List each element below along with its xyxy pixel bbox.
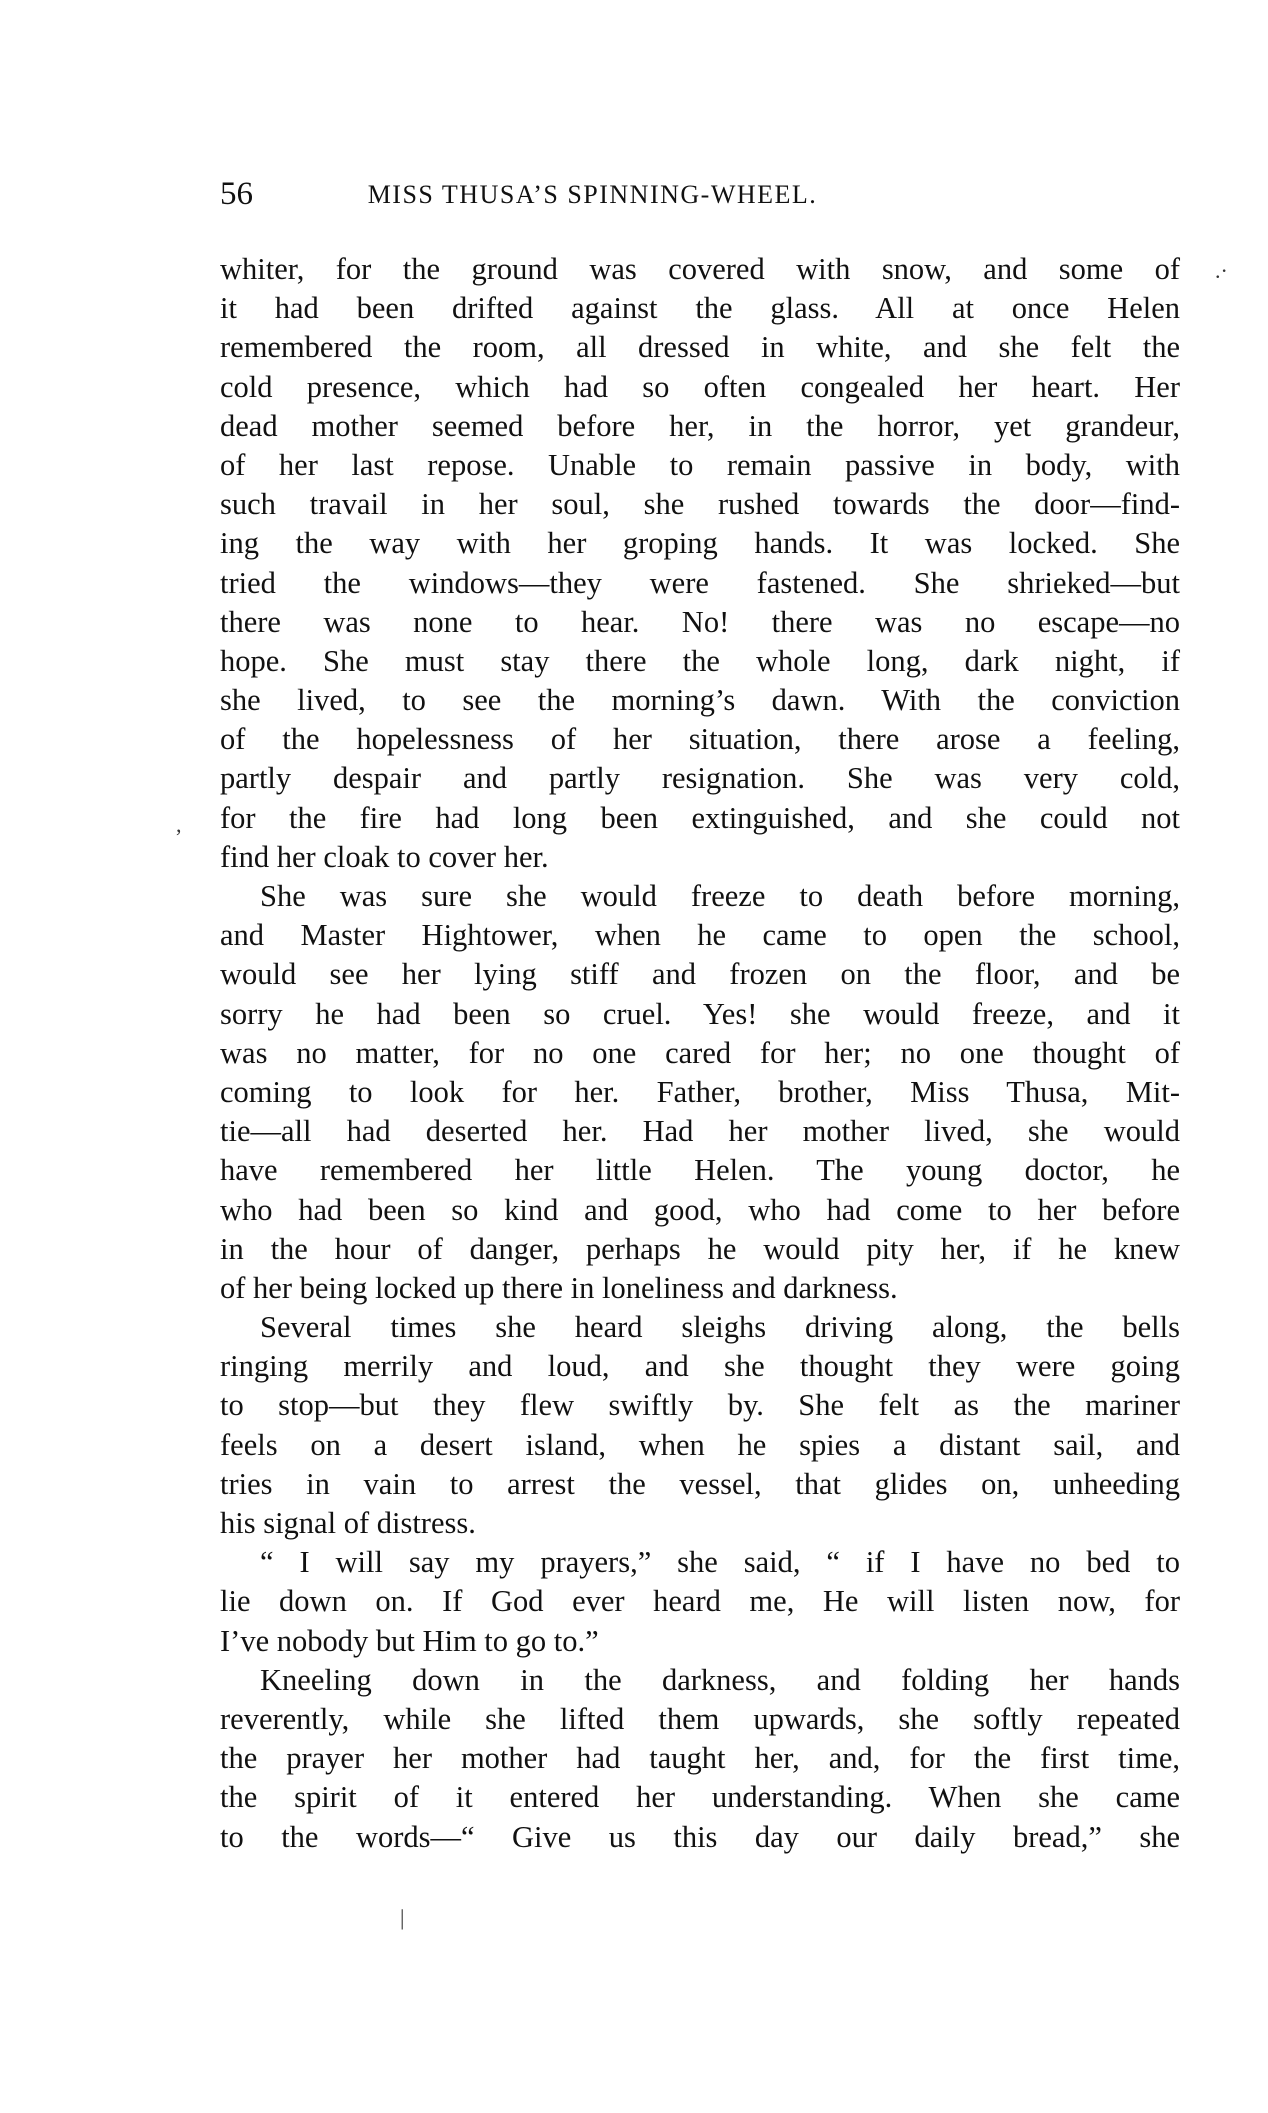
text-line: to the words—“ Give us this day our dail… bbox=[220, 1818, 1180, 1857]
text-line: it had been drifted against the glass. A… bbox=[220, 289, 1180, 328]
text-line: would see her lying stiff and frozen on … bbox=[220, 955, 1180, 994]
text-line: I’ve nobody but Him to go to.” bbox=[220, 1622, 1180, 1661]
text-line: of her being locked up there in loneline… bbox=[220, 1269, 1180, 1308]
text-line: she lived, to see the morning’s dawn. Wi… bbox=[220, 681, 1180, 720]
text-line: reverently, while she lifted them upward… bbox=[220, 1700, 1180, 1739]
text-line: tries in vain to arrest the vessel, that… bbox=[220, 1465, 1180, 1504]
text-line: partly despair and partly resignation. S… bbox=[220, 759, 1180, 798]
text-line: there was none to hear. No! there was no… bbox=[220, 603, 1180, 642]
margin-mark: , bbox=[176, 812, 182, 838]
text-line: to stop—but they flew swiftly by. She fe… bbox=[220, 1386, 1180, 1425]
text-line: tried the windows—they were fastened. Sh… bbox=[220, 564, 1180, 603]
text-line: hope. She must stay there the whole long… bbox=[220, 642, 1180, 681]
running-title: MISS THUSA’S SPINNING-WHEEL. bbox=[220, 180, 965, 210]
text-line: cold presence, which had so often congea… bbox=[220, 368, 1180, 407]
text-line: in the hour of danger, perhaps he would … bbox=[220, 1230, 1180, 1269]
margin-mark: .· bbox=[1215, 258, 1228, 284]
text-line: the spirit of it entered her understandi… bbox=[220, 1778, 1180, 1817]
text-line: whiter, for the ground was covered with … bbox=[220, 250, 1180, 289]
book-page: 56 MISS THUSA’S SPINNING-WHEEL. whiter, … bbox=[0, 0, 1268, 2113]
text-line: the prayer her mother had taught her, an… bbox=[220, 1739, 1180, 1778]
text-line: “ I will say my prayers,” she said, “ if… bbox=[220, 1543, 1180, 1582]
body-text: whiter, for the ground was covered with … bbox=[220, 250, 1180, 1857]
text-line: lie down on. If God ever heard me, He wi… bbox=[220, 1582, 1180, 1621]
text-line: sorry he had been so cruel. Yes! she wou… bbox=[220, 995, 1180, 1034]
text-line: remembered the room, all dressed in whit… bbox=[220, 328, 1180, 367]
text-line: his signal of distress. bbox=[220, 1504, 1180, 1543]
text-line: Several times she heard sleighs driving … bbox=[220, 1308, 1180, 1347]
text-line: ing the way with her groping hands. It w… bbox=[220, 524, 1180, 563]
text-line: find her cloak to cover her. bbox=[220, 838, 1180, 877]
text-line: tie—all had deserted her. Had her mother… bbox=[220, 1112, 1180, 1151]
page-header: 56 MISS THUSA’S SPINNING-WHEEL. bbox=[220, 176, 965, 220]
text-line: of the hopelessness of her situation, th… bbox=[220, 720, 1180, 759]
text-line: feels on a desert island, when he spies … bbox=[220, 1426, 1180, 1465]
text-line: Kneeling down in the darkness, and foldi… bbox=[220, 1661, 1180, 1700]
text-line: coming to look for her. Father, brother,… bbox=[220, 1073, 1180, 1112]
text-line: who had been so kind and good, who had c… bbox=[220, 1191, 1180, 1230]
margin-mark: | bbox=[400, 1905, 404, 1931]
text-line: dead mother seemed before her, in the ho… bbox=[220, 407, 1180, 446]
text-line: such travail in her soul, she rushed tow… bbox=[220, 485, 1180, 524]
text-line: She was sure she would freeze to death b… bbox=[220, 877, 1180, 916]
text-line: ringing merrily and loud, and she though… bbox=[220, 1347, 1180, 1386]
text-line: and Master Hightower, when he came to op… bbox=[220, 916, 1180, 955]
text-line: for the fire had long been extinguished,… bbox=[220, 799, 1180, 838]
text-line: was no matter, for no one cared for her;… bbox=[220, 1034, 1180, 1073]
text-line: have remembered her little Helen. The yo… bbox=[220, 1151, 1180, 1190]
text-line: of her last repose. Unable to remain pas… bbox=[220, 446, 1180, 485]
